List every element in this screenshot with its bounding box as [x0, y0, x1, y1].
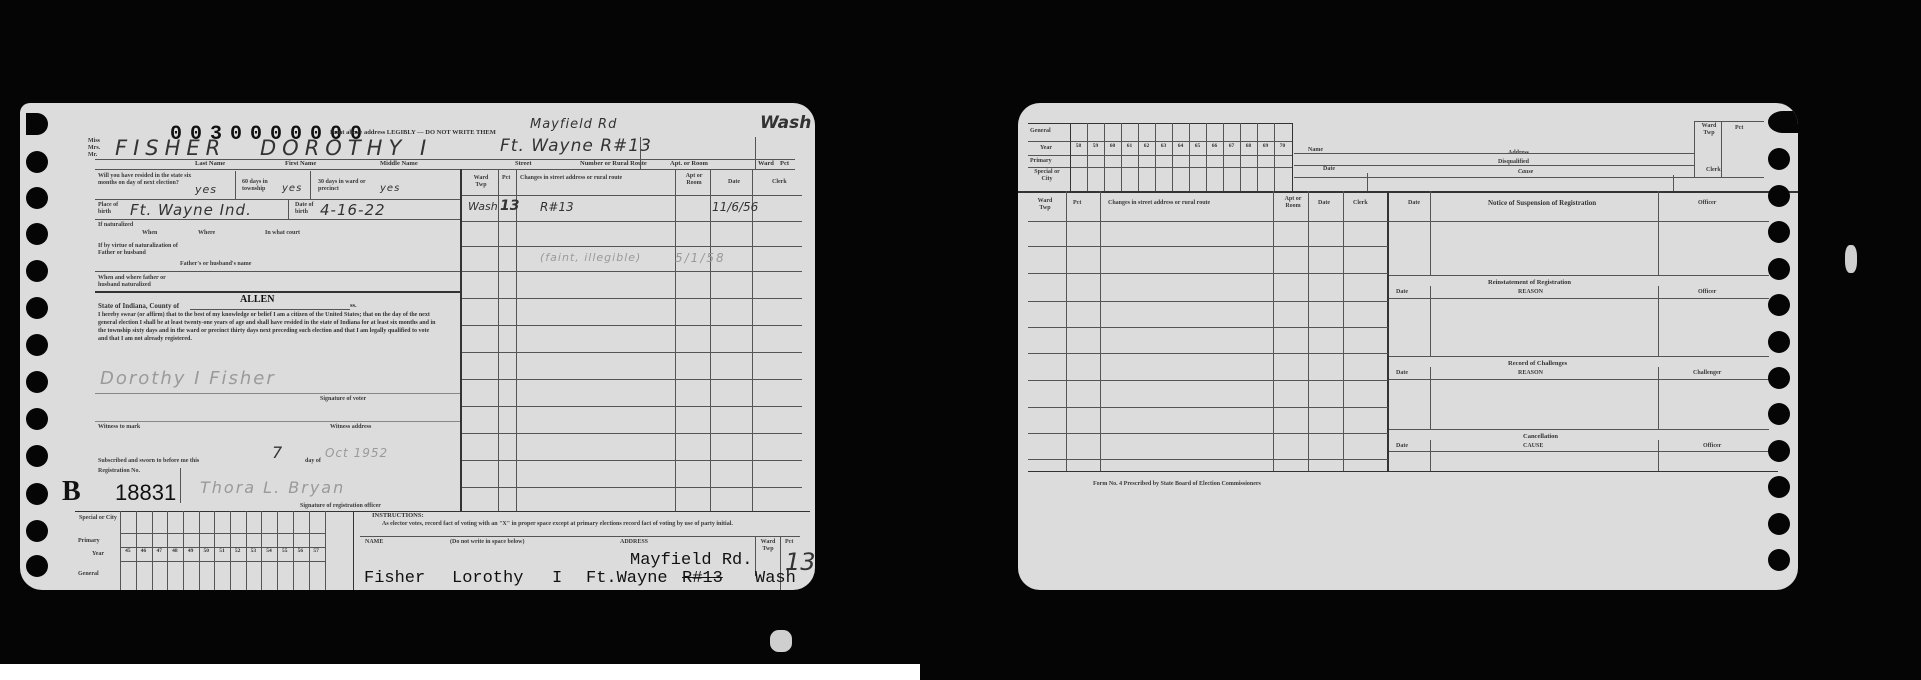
punch-hole-icon: [1768, 549, 1790, 571]
street-value: Mayfield Rd: [530, 117, 617, 132]
county-value: ALLEN: [240, 295, 274, 305]
ss-label: ss.: [350, 303, 357, 310]
handwritten-pct: 13: [785, 548, 815, 576]
punch-hole-icon: [1768, 221, 1790, 243]
transfer-pct-label: Pct: [1735, 125, 1743, 132]
col-pct: Pct: [502, 175, 510, 182]
punch-hole-icon: [1768, 331, 1790, 353]
col-date: Date: [1318, 200, 1330, 207]
punch-hole-icon: [26, 113, 48, 135]
cancellation-cause-label: CAUSE: [1523, 443, 1543, 450]
challenges-reason-label: REASON: [1518, 370, 1543, 377]
naturalized-label: If naturalized: [98, 222, 138, 229]
punch-hole-icon: [26, 297, 48, 319]
footer-pct-label: Pct: [785, 539, 793, 546]
col-clerk: Clerk: [1353, 200, 1368, 207]
scan-artifact: [770, 630, 792, 652]
challenges-date-label: Date: [1396, 370, 1408, 377]
punch-hole-icon: [1768, 258, 1790, 280]
reinstatement-date-label: Date: [1396, 289, 1408, 296]
punch-hole-icon: [1768, 148, 1790, 170]
scan-artifact: [1845, 245, 1857, 273]
witness-mark-label: Witness to mark: [98, 424, 140, 431]
witness-address-label: Witness address: [330, 424, 371, 431]
registration-number: 18831: [115, 480, 176, 506]
subscribed-label: Subscribed and sworn to before me this: [98, 458, 199, 465]
typed-route-struck: R#13: [682, 569, 723, 588]
registration-number-label: Registration No.: [98, 468, 140, 475]
row-date: 5/1/58: [675, 251, 726, 265]
punch-hole-icon: [1768, 403, 1790, 425]
scan-edge-strip: [0, 664, 920, 680]
year-label: Year: [92, 551, 104, 558]
state-county-label: State of Indiana, County of: [98, 303, 179, 310]
reinstatement-officer-label: Officer: [1698, 289, 1716, 296]
middle-name-label: Middle Name: [380, 161, 418, 168]
naturalized-when-label: When: [142, 230, 157, 237]
cancellation-date-label: Date: [1396, 443, 1408, 450]
row-change: R#13: [540, 200, 574, 214]
father-naturalized-label: When and where father or husband natural…: [98, 275, 188, 289]
col-clerk: Clerk: [772, 179, 787, 186]
subscribed-day: 7: [272, 443, 282, 462]
col-ward-twp: Ward Twp: [1034, 198, 1056, 212]
col-apt: Apt or Room: [1282, 196, 1304, 210]
last-name-value: FISHER: [115, 136, 226, 160]
transfer-date-label: Date: [1323, 166, 1335, 173]
voter-signature-label: Signature of voter: [320, 396, 366, 403]
birthdate-label: Date of birth: [295, 202, 323, 216]
col-apt: Apt or Room: [683, 173, 705, 187]
state-residence-question: Will you have resided in the state six m…: [98, 173, 208, 187]
punch-hole-icon: [26, 555, 48, 577]
township-question: 60 days in township: [242, 179, 282, 193]
father-name-label: Father's or husband's name: [180, 261, 251, 268]
challenger-label: Challenger: [1693, 370, 1721, 377]
punch-hole-icon: [1768, 476, 1790, 498]
suspension-officer-label: Officer: [1698, 200, 1716, 207]
col-changes: Changes in street address or rural route: [1108, 200, 1210, 207]
punch-hole-icon: [26, 371, 48, 393]
punch-hole-icon: [1768, 440, 1790, 462]
naturalized-court-label: In what court: [265, 230, 300, 237]
registration-card-front: 0030000000 Print above address LEGIBLY —…: [20, 103, 815, 590]
oath-text: I hereby swear (or affirm) that to the b…: [98, 311, 438, 343]
street-label: Street: [515, 161, 531, 168]
virtue-label: If by virtue of naturalization of Father…: [98, 243, 178, 257]
cancellation-title: Cancellation: [1523, 434, 1558, 441]
row-pct: 13: [500, 198, 519, 214]
birthdate-value: 4-16-22: [320, 201, 386, 219]
footer-ward-label: Ward Twp: [757, 539, 779, 553]
officer-signature: Thora L. Bryan: [200, 478, 345, 497]
reinstatement-reason-label: REASON: [1518, 289, 1543, 296]
col-changes: Changes in street address or rural route: [520, 175, 622, 182]
punch-hole-icon: [1768, 111, 1798, 133]
punch-hole-icon: [1768, 294, 1790, 316]
first-name-value: DOROTHY: [260, 136, 407, 160]
ward-residence-question: 30 days in ward or precinct: [318, 179, 378, 193]
suspension-title: Notice of Suspension of Registration: [1488, 200, 1596, 207]
reinstatement-title: Reinstatement of Registration: [1488, 280, 1571, 287]
typed-last-name: Fisher: [364, 569, 425, 588]
state-residence-answer: yes: [195, 183, 217, 196]
ward-label: Ward: [758, 161, 774, 168]
route-value: Ft. Wayne R#13: [500, 136, 652, 156]
form-footer: Form No. 4 Prescribed by State Board of …: [1093, 481, 1261, 488]
primary-label: Primary: [78, 538, 100, 545]
primary-label: Primary: [1030, 158, 1052, 165]
cancellation-officer-label: Officer: [1703, 443, 1721, 450]
challenges-title: Record of Challenges: [1508, 361, 1567, 368]
footer-address-label: ADDRESS: [620, 539, 648, 546]
punch-hole-icon: [1768, 513, 1790, 535]
punch-hole-icon: [1768, 367, 1790, 389]
cause-label: Cause: [1518, 169, 1533, 176]
typed-middle-initial: I: [552, 569, 562, 588]
middle-initial-value: I: [420, 136, 432, 160]
row-ward: Wash: [468, 200, 498, 213]
first-name-label: First Name: [285, 161, 316, 168]
punch-hole-icon: [26, 520, 48, 542]
birthplace-label: Place of birth: [98, 202, 126, 216]
special-city-label: Special or City: [1032, 169, 1062, 183]
voter-signature: Dorothy I Fisher: [100, 368, 276, 389]
punch-hole-icon: [26, 445, 48, 467]
subscribed-month-year: Oct 1952: [325, 446, 388, 460]
instructions-title: INSTRUCTIONS:: [372, 513, 424, 520]
ward-handwritten: Wash: [760, 113, 811, 133]
general-label: General: [1030, 128, 1051, 135]
suspension-date-label: Date: [1408, 200, 1420, 207]
no-write-label: (Do not write in space below): [450, 539, 525, 546]
birthplace-value: Ft. Wayne Ind.: [130, 201, 252, 219]
punch-hole-icon: [26, 260, 48, 282]
naturalized-where-label: Where: [198, 230, 215, 237]
year-row-front: 45 46 47 48 49 50 51 52 53 54 55 56 57: [120, 548, 325, 560]
special-city-label: Special or City: [78, 515, 118, 522]
punch-hole-icon: [1768, 185, 1790, 207]
punch-hole-icon: [26, 334, 48, 356]
last-name-label: Last Name: [195, 161, 225, 168]
punch-hole-icon: [26, 187, 48, 209]
col-date: Date: [728, 179, 740, 186]
punch-hole-icon: [26, 408, 48, 430]
typed-city: Ft.Wayne: [586, 569, 668, 588]
punch-hole-icon: [26, 223, 48, 245]
title-prefix: MissMrs.Mr.: [88, 138, 102, 159]
col-ward-twp: Ward Twp: [468, 175, 494, 189]
footer-name-label: NAME: [365, 539, 383, 546]
row-date: 11/6/56: [712, 200, 758, 214]
row-change: (faint, illegible): [540, 251, 641, 264]
punch-hole-icon: [26, 151, 48, 173]
transfer-clerk-label: Clerk: [1706, 167, 1721, 174]
pct-label: Pct: [780, 161, 789, 168]
transfer-ward-label: Ward Twp: [1698, 123, 1720, 137]
ward-residence-answer: yes: [380, 183, 400, 194]
day-of-label: day of: [305, 458, 321, 465]
registration-prefix: B: [62, 476, 81, 508]
route-label: Number or Rural Route: [580, 161, 647, 168]
instructions-text: As elector votes, record fact of voting …: [382, 521, 792, 528]
col-pct: Pct: [1073, 200, 1081, 207]
year-label: Year: [1040, 145, 1052, 152]
officer-signature-label: Signature of registration officer: [300, 503, 381, 510]
registration-card-back: General Year Primary Special or City 58 …: [1018, 103, 1798, 590]
typed-first-name: Lorothy: [452, 569, 523, 588]
apt-label: Apt. or Room: [670, 161, 708, 168]
punch-hole-icon: [26, 483, 48, 505]
general-label: General: [78, 571, 99, 578]
typed-street: Mayfield Rd.: [630, 551, 752, 570]
township-answer: yes: [282, 183, 302, 194]
